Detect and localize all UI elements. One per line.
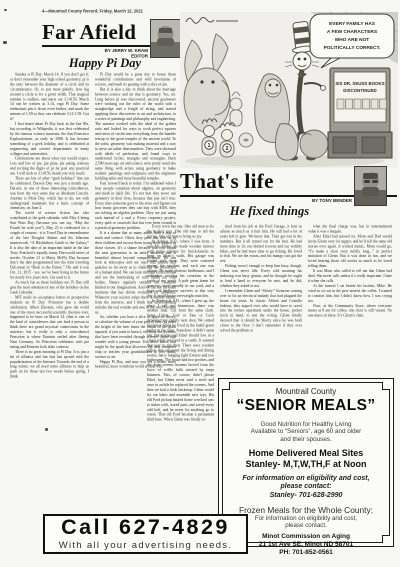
- tv-sign-line1: SIX DR. SEUSS BOOKS: [335, 81, 384, 86]
- editorial-cartoon: 1 2 SIX DR. SEUSS BO: [180, 12, 398, 168]
- tv-sign-line2: DISCONTINUED: [343, 88, 376, 93]
- editor-photo-image: [151, 20, 180, 57]
- speech-bubble-line1: EVERY FAMILY HAS: [329, 21, 376, 27]
- he-fixed-things-column-3: what the final charge was, but in entert…: [308, 224, 392, 375]
- thing-two-label: 2: [225, 146, 228, 152]
- senior-ad-schedule: Stanley- M,T,W,TH,F at Noon: [223, 459, 389, 470]
- section-title-thats-life: That's life: [180, 171, 274, 192]
- section-title-far-afield: Far Afield: [42, 22, 136, 43]
- senior-ad-eligibility: Available to “Seniors”, age 60 and older: [223, 428, 389, 435]
- tv-sign: [334, 72, 386, 122]
- senior-ad-info-line1: For information on eligibility and cost,: [223, 475, 389, 484]
- columnist-photo-image: [355, 167, 386, 205]
- tv-set: SIX DR. SEUSS BOOKS DISCONTINUED: [328, 68, 392, 158]
- speech-bubble-line3: WHO ARE NOT: [335, 37, 370, 43]
- byline-bender: BY TONY BENDER: [240, 198, 352, 203]
- cartoon-art: 1 2 SIX DR. SEUSS BO: [180, 12, 398, 168]
- article-title-he-fixed-things: He fixed things: [147, 204, 392, 219]
- newspaper-page: 4—Mountrail County Record, Friday, March…: [0, 0, 400, 567]
- he-fixed-things-column-2: tired from his job at the Ford Garage, i…: [220, 224, 302, 375]
- senior-ad-county: Mountrail County: [223, 387, 389, 396]
- editor-photo: [150, 19, 181, 58]
- speech-bubble-line4: POLITICALLY CORRECT.: [324, 45, 381, 51]
- senior-ad-stanley-phone: Stanley- 701-628-2990: [223, 492, 389, 501]
- he-fixed-things-column-1: Every town has one. One old man to fix t…: [147, 224, 214, 502]
- scan-speck: [3, 41, 7, 44]
- senior-ad-spouses: and their spouses.: [223, 436, 389, 443]
- article-title-happy-pi-day: Happy Pi Day: [20, 56, 190, 71]
- senior-ad-title: “SENIOR MEALS”: [223, 397, 389, 415]
- call-ad-phone-number: Call 627-4829: [61, 517, 230, 539]
- scan-speck: [4, 9, 7, 11]
- speech-bubble-line2: A FEW CHARACTERS: [327, 29, 378, 35]
- call-ad-tagline: With all your advertising needs.: [59, 540, 233, 551]
- thing-one-label: 1: [207, 143, 210, 149]
- senior-ad-info-line2: please contact:: [223, 483, 389, 492]
- columnist-photo: [354, 166, 387, 206]
- advertising-call-ad: Call 627-4829 With all your advertising …: [43, 514, 248, 554]
- senior-ad-delivered-sites: Home Delivered Meal Sites: [223, 448, 389, 459]
- pi-day-column-1: Sunday is Pi Day, March 14. If you don’t…: [10, 72, 89, 498]
- senior-ad-subtitle: Good Nutrition for Healthy Living: [223, 421, 389, 428]
